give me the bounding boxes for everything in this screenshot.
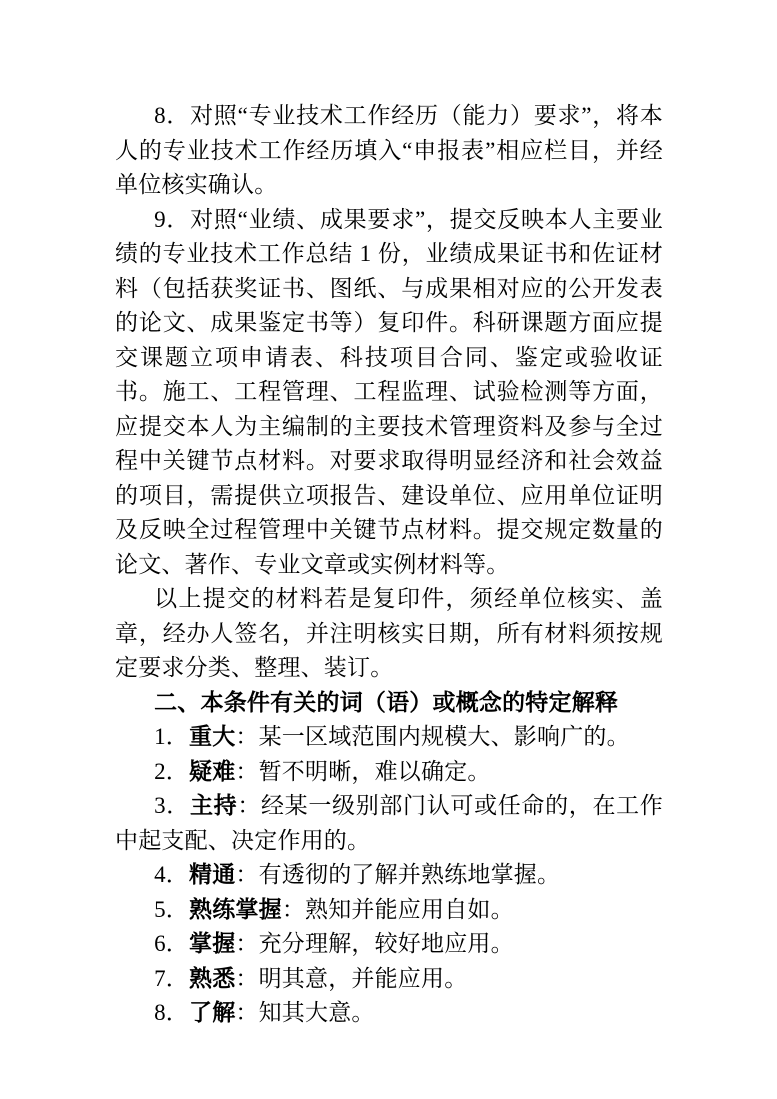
text-segment: ：有透彻的了解并熟练地掌握。 — [235, 862, 560, 887]
text-segment: ：明其意，并能应用。 — [235, 966, 467, 991]
defined-term: 精通 — [189, 862, 235, 887]
defined-term: 主持 — [190, 793, 237, 818]
paragraph-definition-5-shulianzhangwo: 5．熟练掌握：熟知并能应用自如。 — [115, 893, 663, 928]
text-segment: 7． — [154, 966, 189, 991]
defined-term: 了解 — [189, 1000, 235, 1025]
text-segment: ：充分理解，较好地应用。 — [235, 931, 513, 956]
paragraph-definition-4-jingtong: 4．精通：有透彻的了解并熟练地掌握。 — [115, 858, 663, 893]
text-segment: ：知其大意。 — [235, 1000, 374, 1025]
paragraph-item-9-achievements: 9．对照“业绩、成果要求”，提交反映本人主要业绩的专业技术工作总结 1 份，业绩… — [115, 203, 663, 583]
paragraph-definition-6-zhangwo: 6．掌握：充分理解，较好地应用。 — [115, 927, 663, 962]
paragraph-copies-verification-note: 以上提交的材料若是复印件，须经单位核实、盖章，经办人签名，并注明核实日期，所有材… — [115, 582, 663, 686]
paragraph-definition-8-liaojie: 8．了解：知其大意。 — [115, 996, 663, 1031]
text-segment: 5． — [154, 897, 189, 922]
text-block: 8．对照“专业技术工作经历（能力）要求”，将本人的专业技术工作经历填入“申报表”… — [115, 99, 663, 1031]
paragraph-definition-2-yinan: 2．疑难：暂不明晰，难以确定。 — [115, 755, 663, 790]
defined-term: 重大 — [189, 724, 235, 749]
text-segment: 3． — [154, 793, 190, 818]
text-segment: 2． — [154, 759, 189, 784]
text-segment: 6． — [154, 931, 189, 956]
defined-term: 熟练掌握 — [189, 897, 282, 922]
text-segment: 1． — [154, 724, 189, 749]
defined-term: 熟悉 — [189, 966, 235, 991]
paragraph-definition-1-zhongda: 1．重大：某一区域范围内规模大、影响广的。 — [115, 720, 663, 755]
text-segment: 9．对照“业绩、成果要求”，提交反映本人主要业绩的专业技术工作总结 1 份，业绩… — [115, 207, 663, 577]
paragraph-definition-7-shuxi: 7．熟悉：明其意，并能应用。 — [115, 962, 663, 997]
defined-term: 二、本条件有关的词（语）或概念的特定解释 — [154, 690, 618, 715]
paragraph-item-8-work-experience: 8．对照“专业技术工作经历（能力）要求”，将本人的专业技术工作经历填入“申报表”… — [115, 99, 663, 203]
text-segment: 以上提交的材料若是复印件，须经单位核实、盖章，经办人签名，并注明核实日期，所有材… — [115, 586, 663, 680]
text-segment: ：暂不明晰，难以确定。 — [235, 759, 490, 784]
text-segment: 4． — [154, 862, 189, 887]
paragraph-section-2-heading: 二、本条件有关的词（语）或概念的特定解释 — [115, 686, 663, 721]
text-segment: 8．对照“专业技术工作经历（能力）要求”，将本人的专业技术工作经历填入“申报表”… — [115, 103, 663, 197]
defined-term: 疑难 — [189, 759, 235, 784]
text-segment: ：某一区域范围内规模大、影响广的。 — [235, 724, 629, 749]
text-segment: 8． — [154, 1000, 189, 1025]
document-page: 8．对照“专业技术工作经历（能力）要求”，将本人的专业技术工作经历填入“申报表”… — [0, 0, 777, 1099]
paragraph-definition-3-zhuchi: 3．主持：经某一级别部门认可或任命的，在工作中起支配、决定作用的。 — [115, 789, 663, 858]
defined-term: 掌握 — [189, 931, 235, 956]
text-segment: ：熟知并能应用自如。 — [282, 897, 514, 922]
